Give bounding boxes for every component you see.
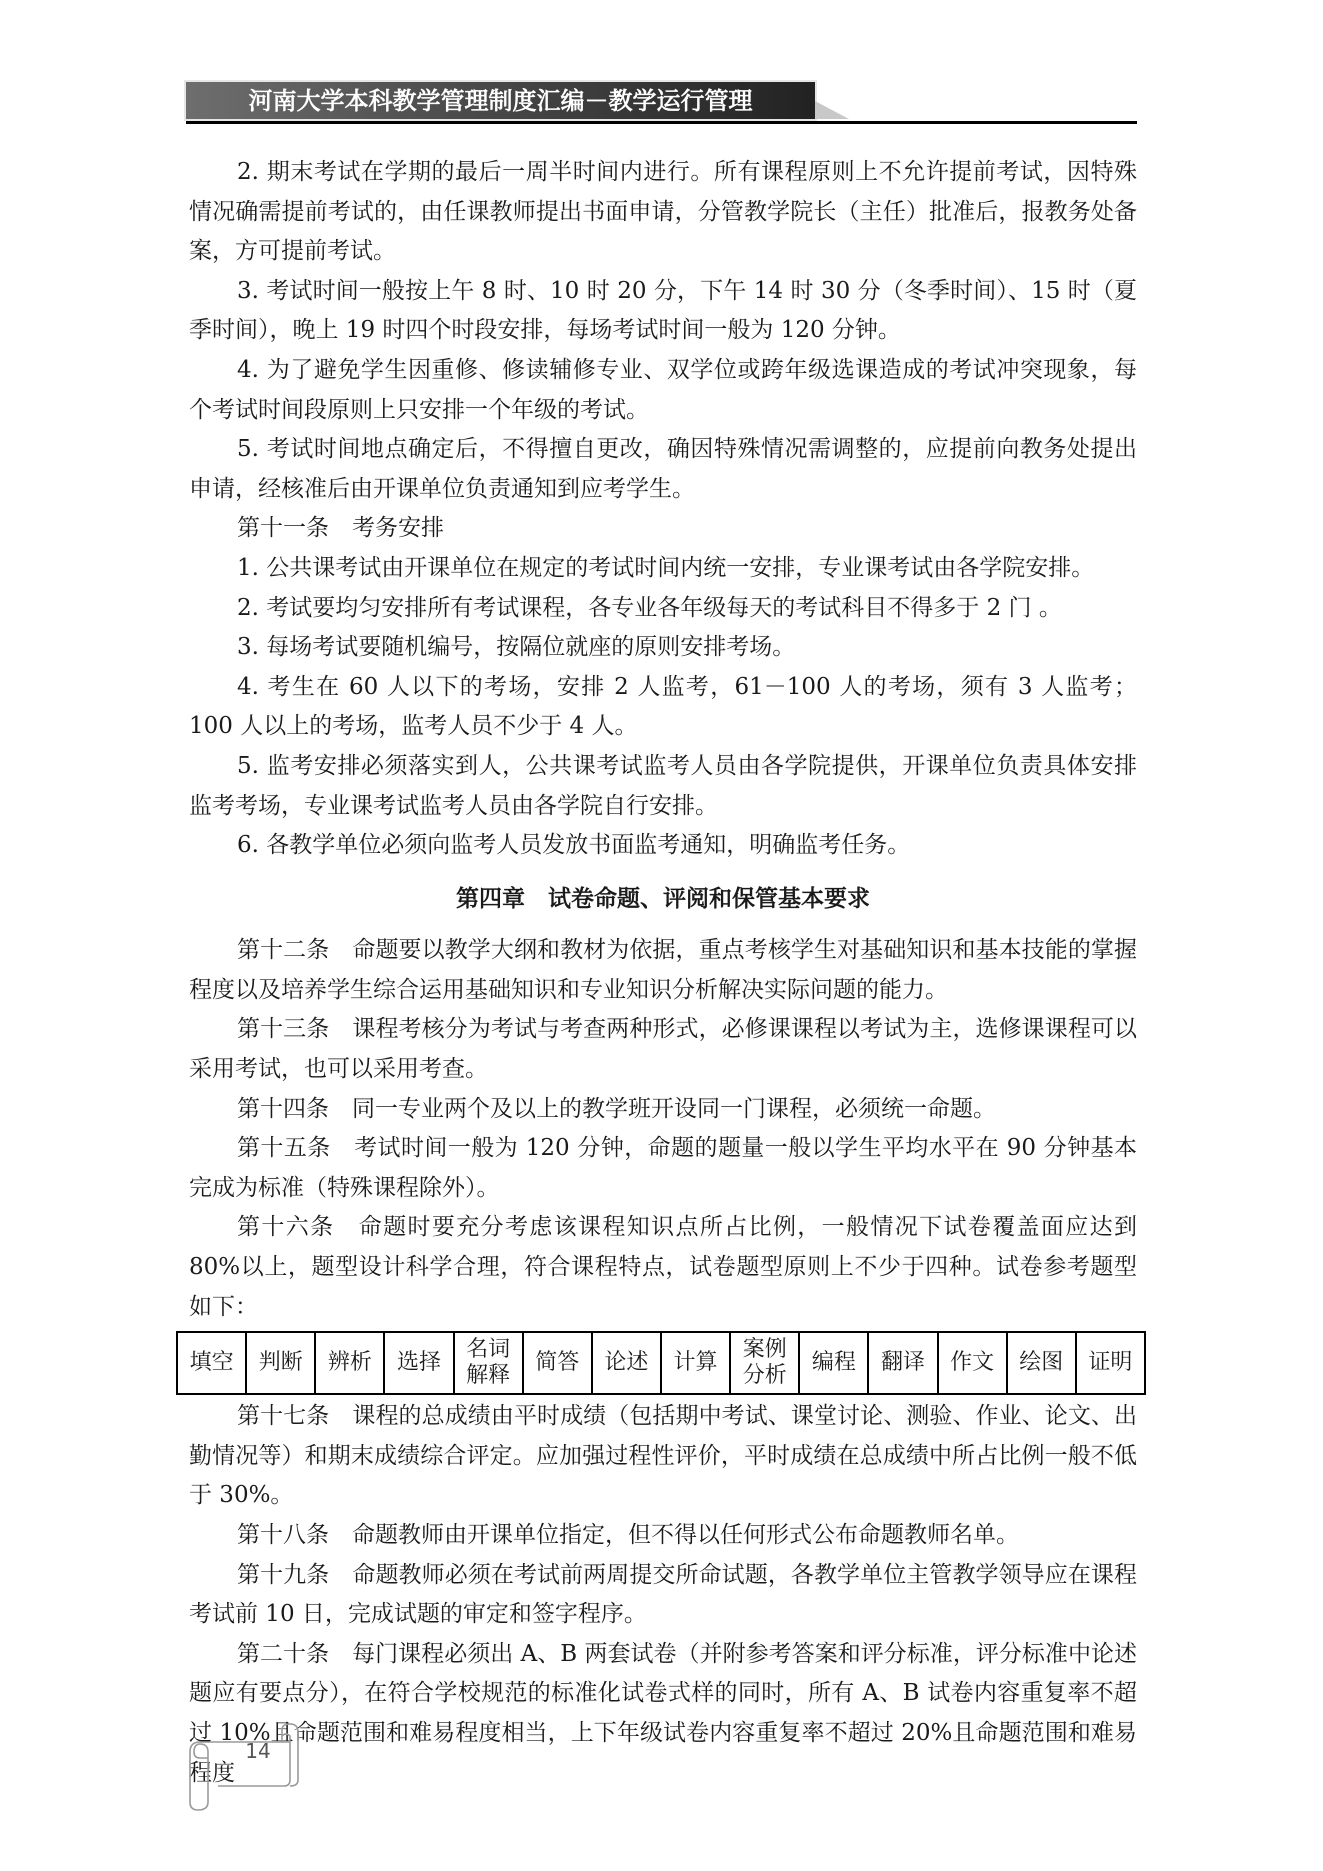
question-types-table: 填空 判断 辨析 选择 名词解释 简答 论述 计算 案例分析 编程 翻译 作文 …: [176, 1331, 1146, 1395]
header-banner: 河南大学本科教学管理制度汇编－教学运行管理: [186, 82, 815, 119]
header-banner-fold: [815, 83, 849, 119]
article-heading: 第十一条 考务安排: [189, 509, 1137, 549]
table-cell: 填空: [177, 1332, 246, 1394]
paragraph: 6. 各教学单位必须向监考人员发放书面监考通知，明确监考任务。: [189, 826, 1137, 866]
paragraph: 第十二条 命题要以教学大纲和教材为依据，重点考核学生对基础知识和基本技能的掌握程…: [189, 931, 1137, 1010]
paragraph: 3. 考试时间一般按上午 8 时、10 时 20 分，下午 14 时 30 分（…: [189, 272, 1137, 351]
paragraph: 第十五条 考试时间一般为 120 分钟，命题的题量一般以学生平均水平在 90 分…: [189, 1129, 1137, 1208]
scroll-icon: [186, 1722, 306, 1812]
paragraph: 第二十条 每门课程必须出 A、B 两套试卷（并附参考答案和评分标准，评分标准中论…: [189, 1635, 1137, 1793]
paragraph: 第十六条 命题时要充分考虑该课程知识点所占比例，一般情况下试卷覆盖面应达到 80…: [189, 1208, 1137, 1327]
paragraph: 3. 每场考试要随机编号，按隔位就座的原则安排考场。: [189, 628, 1137, 668]
paragraph: 4. 考生在 60 人以下的考场，安排 2 人监考，61－100 人的考场，须有…: [189, 668, 1137, 747]
table-cell: 绘图: [1007, 1332, 1076, 1394]
page-number: 14: [228, 1739, 288, 1763]
document-title: 河南大学本科教学管理制度汇编－教学运行管理: [186, 82, 815, 119]
paragraph: 第十九条 命题教师必须在考试前两周提交所命试题，各教学单位主管教学领导应在课程考…: [189, 1556, 1137, 1635]
table-cell: 证明: [1076, 1332, 1145, 1394]
table-cell: 判断: [246, 1332, 315, 1394]
paragraph: 5. 考试时间地点确定后，不得擅自更改，确因特殊情况需调整的，应提前向教务处提出…: [189, 430, 1137, 509]
table-cell: 编程: [799, 1332, 868, 1394]
chapter-heading: 第四章 试卷命题、评阅和保管基本要求: [189, 880, 1137, 920]
paragraph: 2. 考试要均匀安排所有考试课程，各专业各年级每天的考试科目不得多于 2 门 。: [189, 589, 1137, 629]
paragraph: 第十四条 同一专业两个及以上的教学班开设同一门课程，必须统一命题。: [189, 1090, 1137, 1130]
table-row: 填空 判断 辨析 选择 名词解释 简答 论述 计算 案例分析 编程 翻译 作文 …: [177, 1332, 1145, 1394]
table-cell: 计算: [661, 1332, 730, 1394]
paragraph: 第十三条 课程考核分为考试与考查两种形式，必修课课程以考试为主，选修课课程可以采…: [189, 1010, 1137, 1089]
table-cell: 作文: [938, 1332, 1007, 1394]
page-content: 2. 期末考试在学期的最后一周半时间内进行。所有课程原则上不允许提前考试，因特殊…: [189, 153, 1137, 1793]
table-cell: 选择: [384, 1332, 453, 1394]
paragraph: 5. 监考安排必须落实到人，公共课考试监考人员由各学院提供，开课单位负责具体安排…: [189, 747, 1137, 826]
paragraph: 1. 公共课考试由开课单位在规定的考试时间内统一安排，专业课考试由各学院安排。: [189, 549, 1137, 589]
paragraph: 4. 为了避免学生因重修、修读辅修专业、双学位或跨年级选课造成的考试冲突现象，每…: [189, 351, 1137, 430]
table-cell: 简答: [523, 1332, 592, 1394]
paragraph: 2. 期末考试在学期的最后一周半时间内进行。所有课程原则上不允许提前考试，因特殊…: [189, 153, 1137, 272]
header-rule: [186, 121, 1137, 124]
paragraph: 第十七条 课程的总成绩由平时成绩（包括期中考试、课堂讨论、测验、作业、论文、出勤…: [189, 1397, 1137, 1516]
table-cell: 辨析: [315, 1332, 384, 1394]
table-cell: 名词解释: [454, 1332, 523, 1394]
table-cell: 翻译: [868, 1332, 937, 1394]
table-cell: 论述: [592, 1332, 661, 1394]
table-cell: 案例分析: [730, 1332, 799, 1394]
paragraph: 第十八条 命题教师由开课单位指定，但不得以任何形式公布命题教师名单。: [189, 1516, 1137, 1556]
